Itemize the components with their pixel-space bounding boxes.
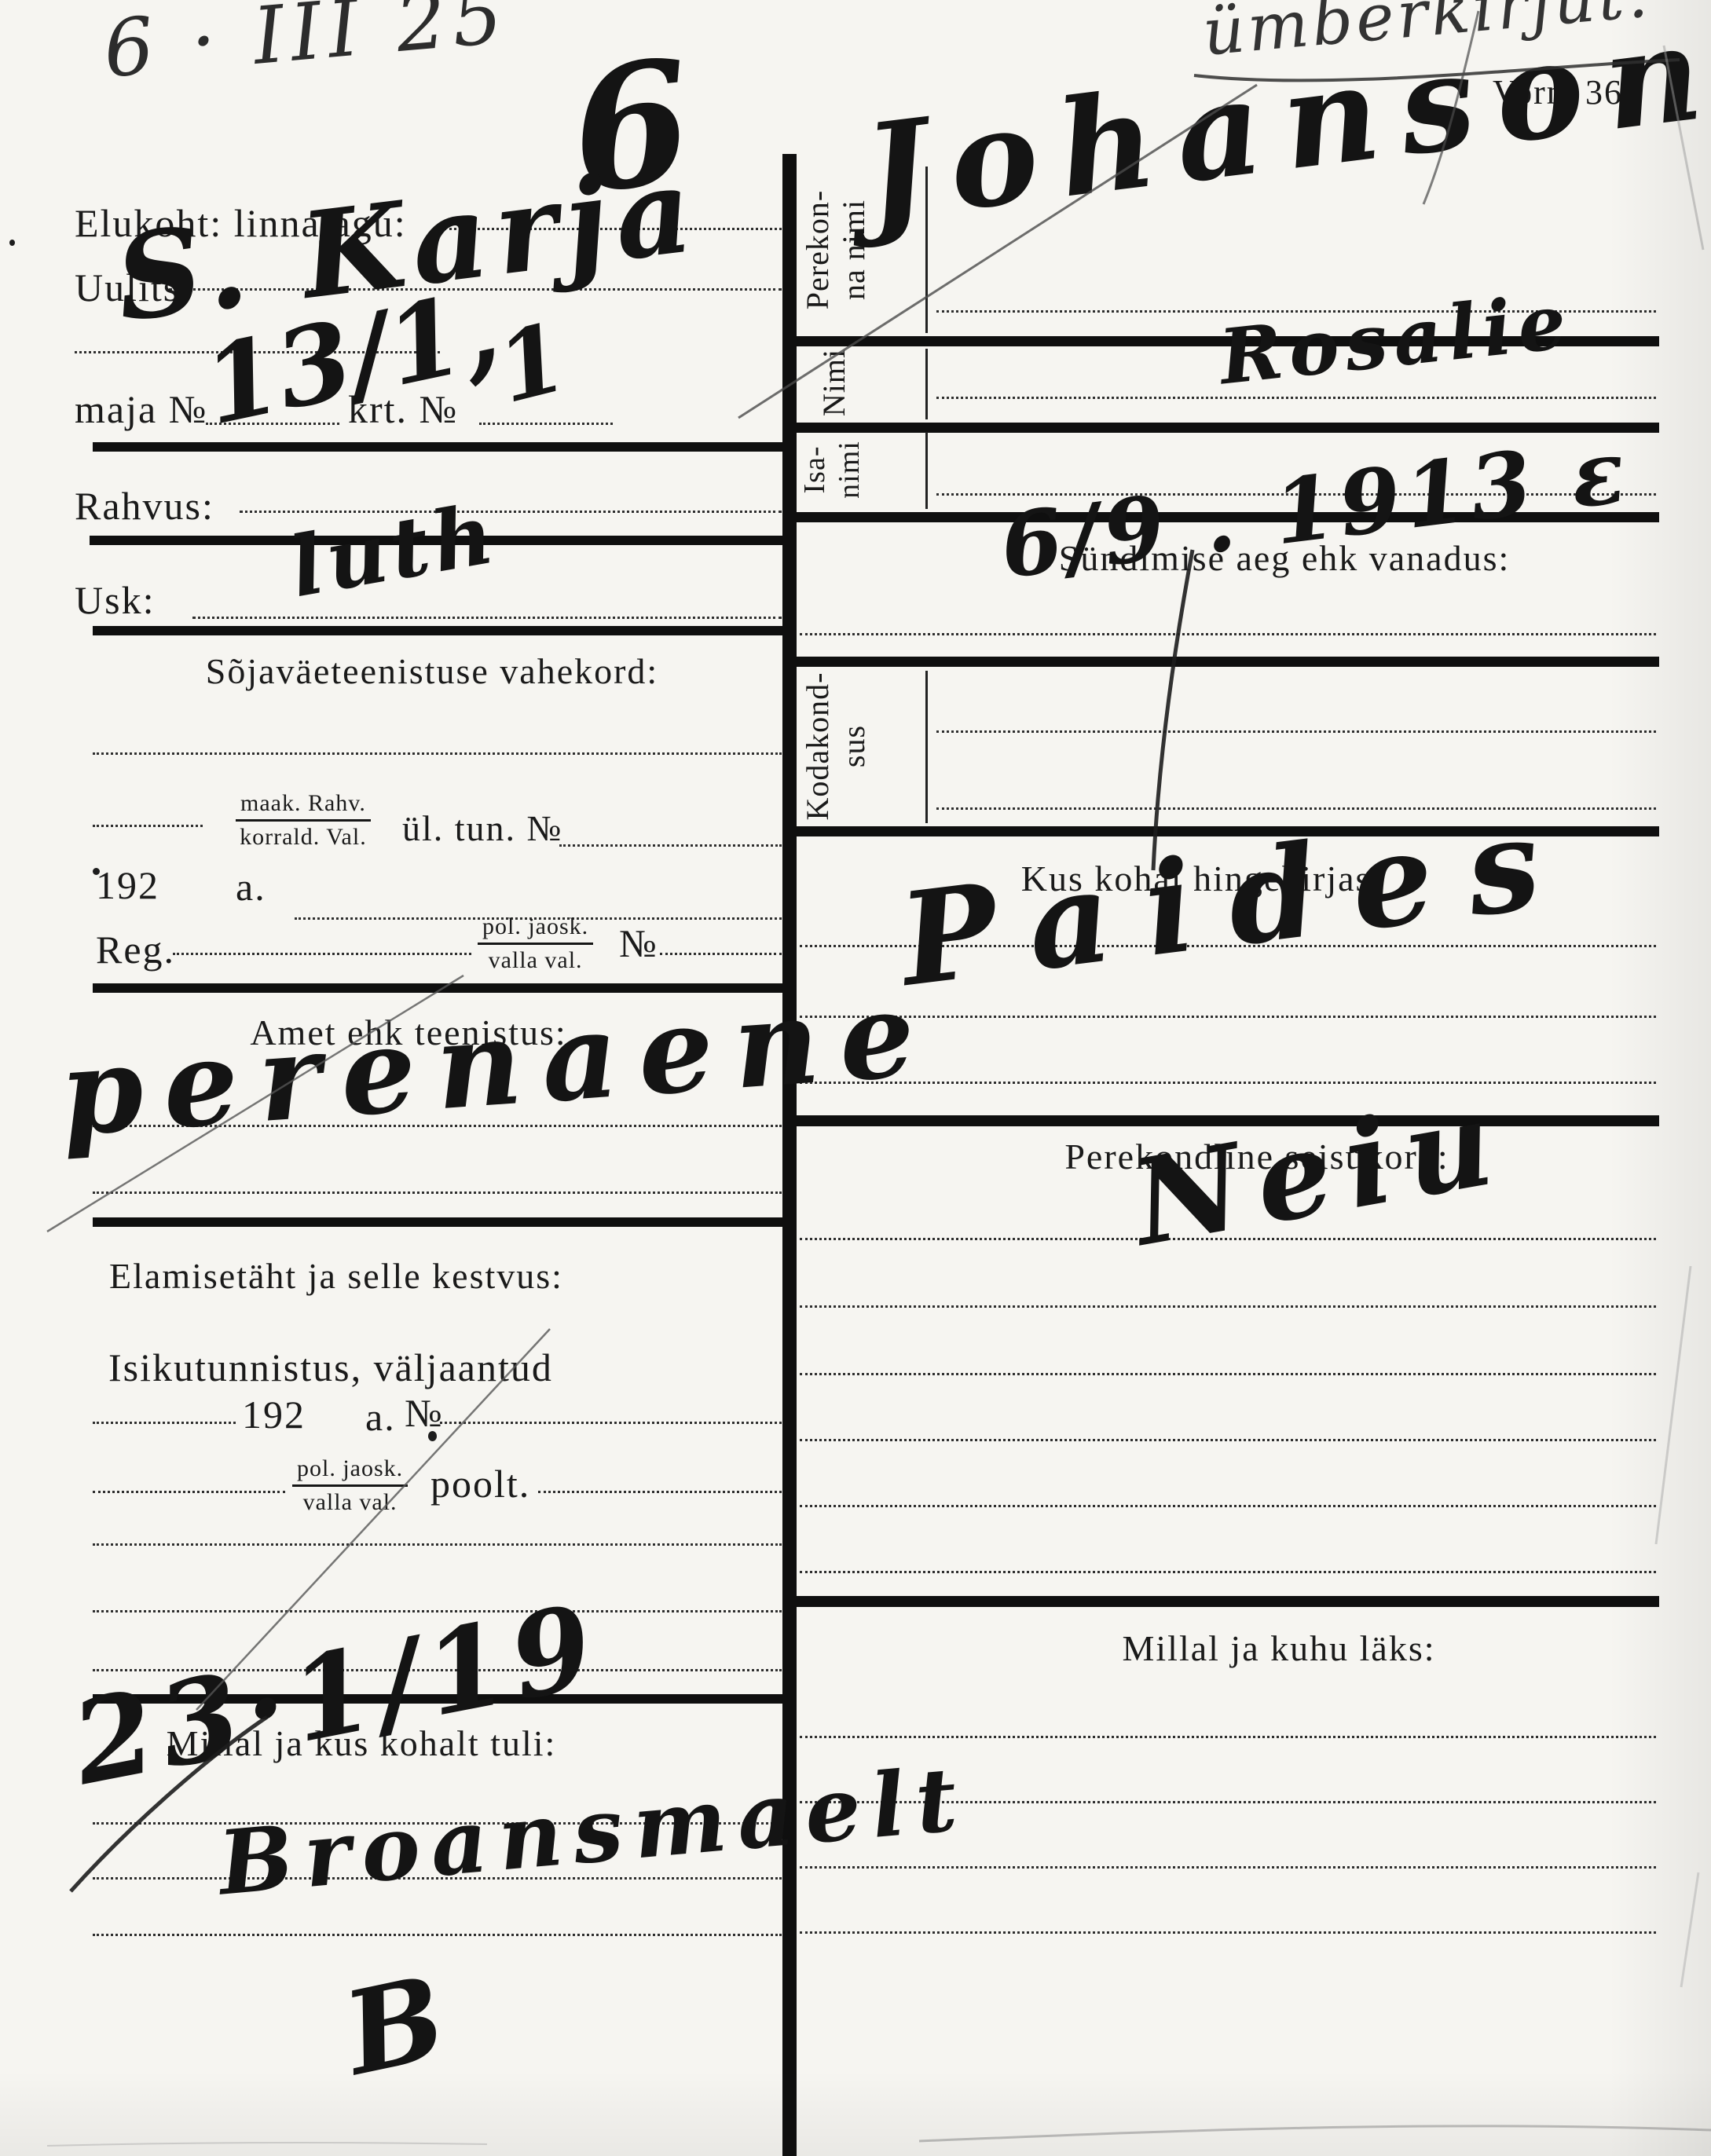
dotted-line [936,730,1656,733]
fraction-top: maak. Rahv. [236,789,371,822]
dotted-line [93,825,203,827]
rule-line [93,626,786,635]
row-label-nimi: Nimi [806,346,863,419]
row-label-isanimi: Isa- nimi [798,430,867,509]
field-label-year2: 192 [242,1392,306,1437]
dotted-line [800,1931,1656,1934]
handwritten-date-annotation: 6 · III 25 [101,0,511,90]
handwritten-nimi-value: Rosalie [1216,284,1576,396]
handwritten-seisukord-value: Neiu [1125,1082,1515,1263]
fraction-maak-korrald: maak. Rahv. korrald. Val. [236,789,371,851]
dotted-line [440,1422,782,1424]
field-label-maja: maja № [75,386,207,432]
handwritten-initial: B [336,1961,454,2092]
dotted-line [93,752,782,755]
field-label-year1: 192 [96,862,159,908]
field-label-no2: № [405,1390,444,1436]
field-label-rahvus: Rahvus: [75,483,214,529]
section-heading-elamisetaht: Elamisetäht ja selle kestvus: [109,1255,563,1297]
dotted-line [479,423,613,425]
handwritten-usk-value: luth [284,492,504,609]
dotted-line [800,1505,1656,1507]
dotted-line [800,633,1656,635]
field-label-a2: a. [365,1394,396,1440]
rule-line [93,1217,786,1227]
label-separator [925,671,928,823]
section-heading-laks: Millal ja kuhu läks: [1122,1627,1435,1669]
dotted-line [173,953,471,955]
dotted-line [800,1373,1656,1375]
dotted-line [93,1422,236,1424]
dotted-line [936,397,1656,399]
dotted-line [93,1491,285,1493]
fraction-top: pol. jaosk. [478,913,593,945]
ink-speck [93,868,100,875]
fraction-pol-valla-1: pol. jaosk. valla val. [478,913,593,975]
dotted-line [192,617,782,619]
label-separator [925,432,928,509]
dotted-line [93,1543,782,1546]
handwritten-tuli-place-value: Broansmaelt [215,1755,971,1909]
rule-line [797,657,1659,667]
dotted-line [800,1439,1656,1441]
fraction-top: pol. jaosk. [292,1455,408,1487]
row-label-perekonnanimi: Perekon- na nimi [797,167,875,333]
dotted-line [800,1736,1656,1738]
ink-speck [9,240,15,246]
field-label-usk: Usk: [75,577,155,623]
dotted-line [93,1191,782,1194]
rule-line [93,442,786,452]
field-label-poolt: poolt. [430,1461,530,1506]
field-label-a1: a. [236,864,266,910]
registration-card: Vorm 36. Elukoht: linnajagu: Uulits: maj… [0,0,1711,2156]
field-label-isikutunnistus: Isikutunnistus, väljaantud [108,1345,553,1390]
handwritten-tuli-date-value: 23·1/19 [64,1589,609,1803]
section-heading-military: Sõjaväeteenistuse vahekord: [206,650,658,692]
dotted-line [559,844,782,847]
dotted-line [800,1305,1656,1308]
row-label-kodakondsus: Kodakond- sus [797,669,875,823]
dotted-line [93,1934,782,1936]
fraction-bottom: valla val. [292,1487,408,1517]
ink-speck [428,1431,437,1441]
dotted-line [538,1491,782,1493]
field-label-ul-tun: ül. tun. № [402,807,562,849]
dotted-line [800,1571,1656,1573]
fraction-bottom: korrald. Val. [236,822,371,851]
rule-line [797,1596,1659,1607]
field-label-reg: Reg. [96,927,175,972]
handwritten-krt-value: 1 [489,310,575,418]
fraction-bottom: valla val. [478,945,593,975]
fraction-pol-valla-2: pol. jaosk. valla val. [292,1455,408,1517]
field-label-no1: № [619,921,658,966]
label-separator [925,349,928,419]
dotted-line [800,1866,1656,1869]
dotted-line [660,953,782,955]
